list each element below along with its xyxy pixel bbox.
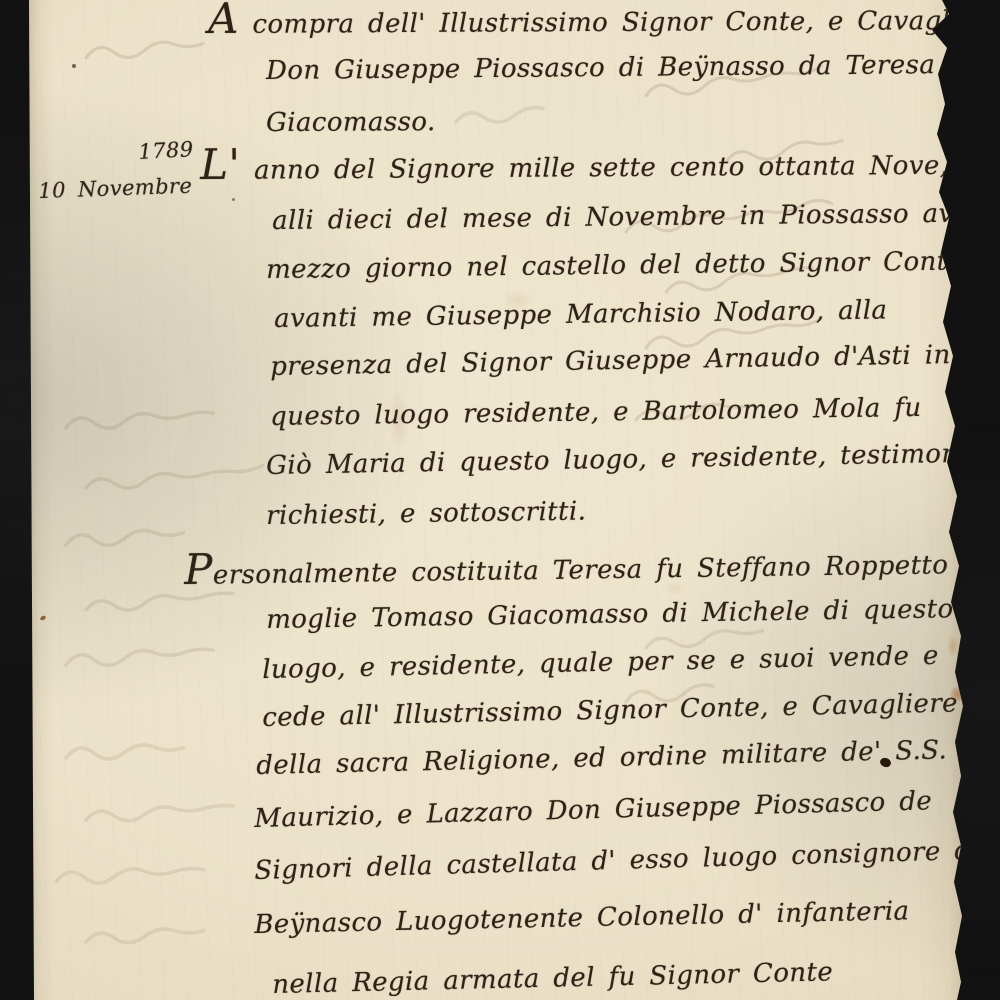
margin-year: 1789: [138, 139, 194, 163]
body-line: L' anno del Signore mille sette cento ot…: [200, 147, 948, 184]
manuscript-scan: A compra dell' Illustrissimo Signor Cont…: [0, 0, 1000, 1000]
stain-speck: [232, 198, 235, 201]
body-line: richiesti, e sottoscritti.: [266, 499, 586, 529]
manuscript-page: A compra dell' Illustrissimo Signor Cont…: [26, 0, 966, 1000]
body-line: alli dieci del mese di Novembre in Pioss…: [272, 200, 1000, 234]
margin-date: 10 Novembre: [38, 176, 193, 202]
heading-line: Don Giuseppe Piossasco di Beÿnasso da Te…: [266, 52, 935, 84]
heading-line: Giacomasso.: [266, 109, 436, 136]
heading-line: A compra dell' Illustrissimo Signor Cont…: [208, 2, 1000, 38]
stain-speck: [72, 64, 76, 68]
